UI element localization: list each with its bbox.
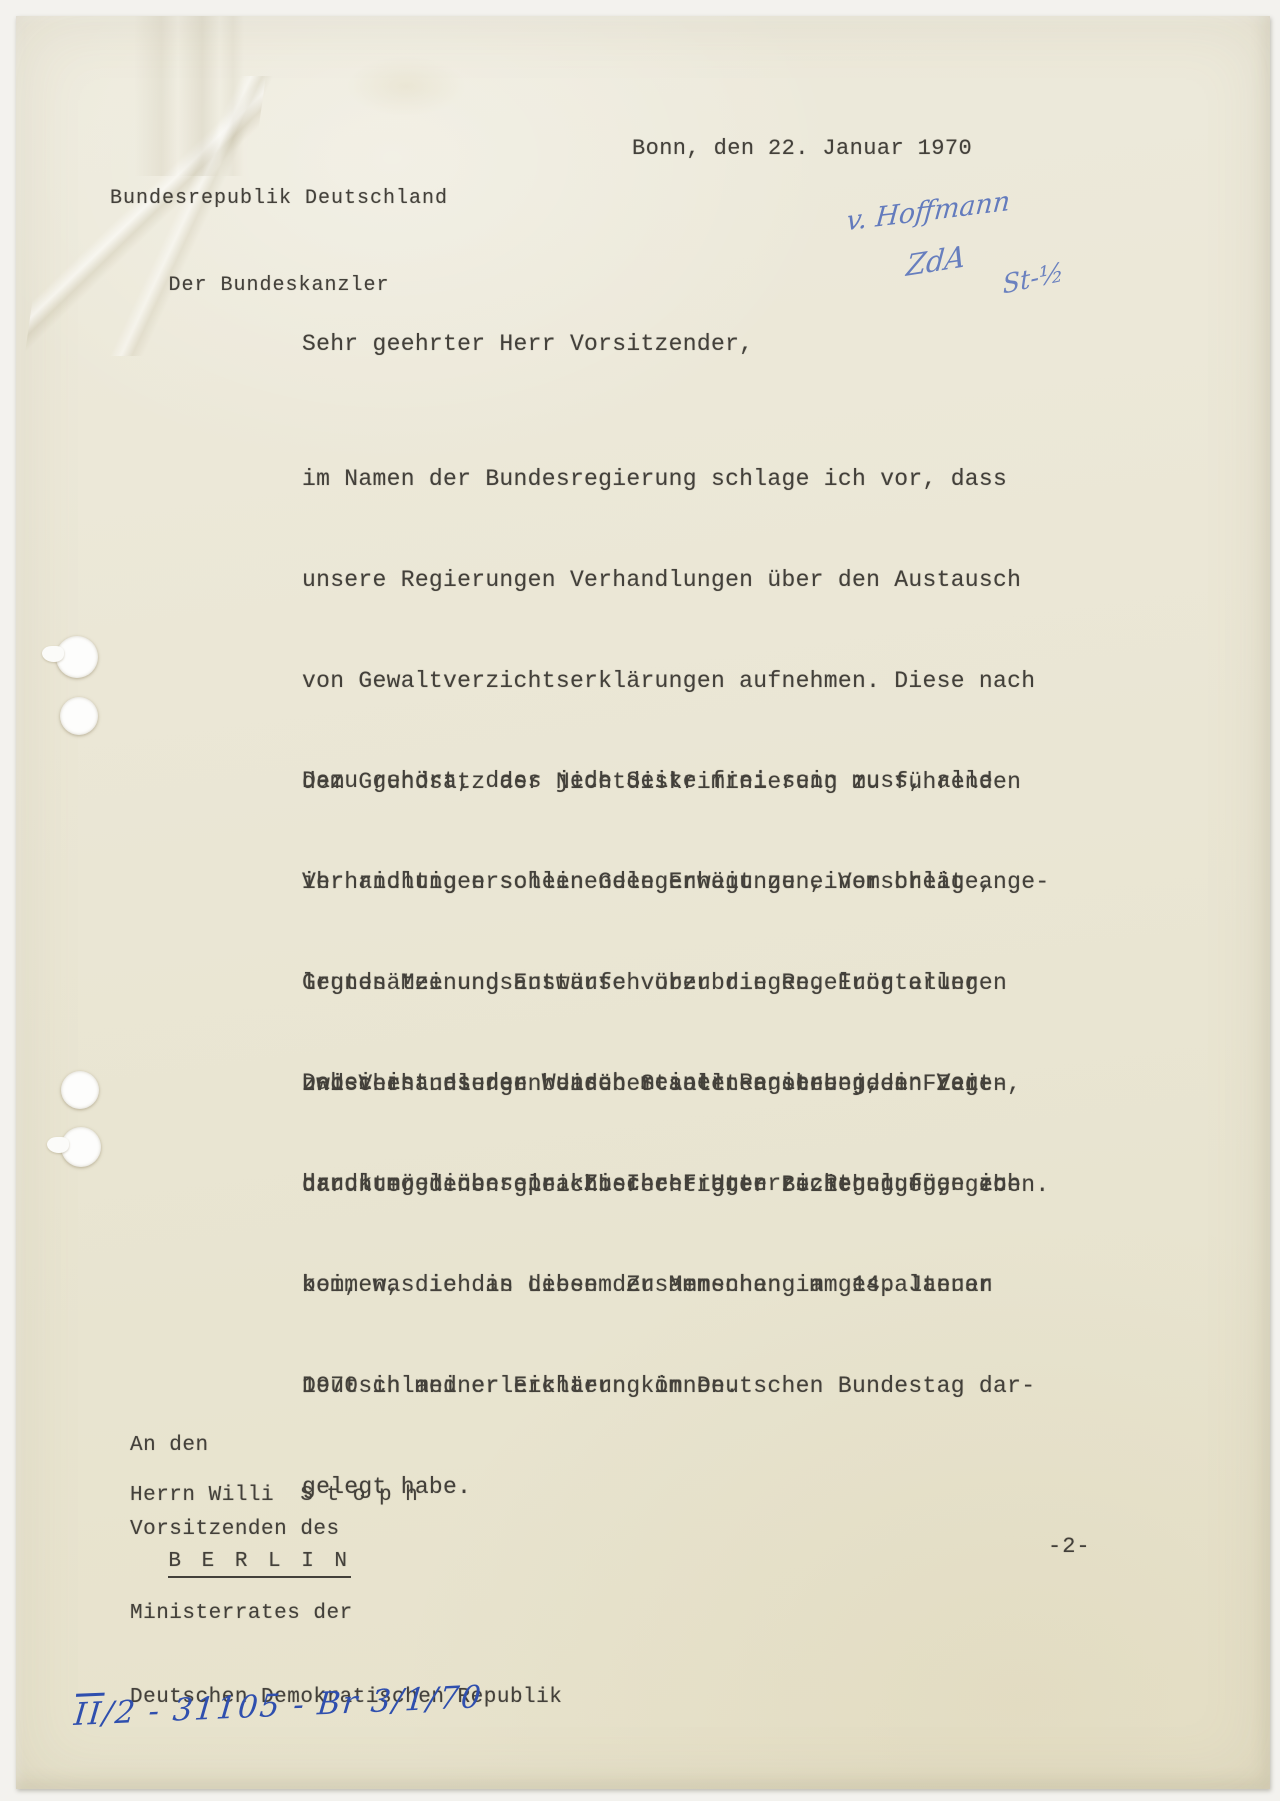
handwritten-note: ZdA <box>905 239 967 283</box>
paragraph-line: kommen, die das Leben der Menschen im ge… <box>302 1269 1007 1303</box>
paragraph-line: im Namen der Bundesregierung schlage ich… <box>302 463 1049 497</box>
paragraph-line: ihr richtig erscheinenden Erwägungen, Vo… <box>302 866 1035 900</box>
letterhead: Bundesrepublik Deutschland Der Bundeskan… <box>106 126 452 358</box>
punch-hole <box>61 1127 101 1167</box>
file-ref-roman-numeral: II <box>72 1696 104 1733</box>
paragraph-line: Dazu gehört, dass jede Seite frei sein m… <box>302 765 1035 799</box>
letterhead-line1: Bundesrepublik Deutschland <box>106 184 452 213</box>
recipient-line: Ministerrates der <box>130 1600 562 1628</box>
paper-stain <box>346 56 466 116</box>
handwritten-signature: v. Hoffmann <box>845 186 1011 238</box>
salutation: Sehr geehrter Herr Vorsitzender, <box>302 328 753 362</box>
recipient-name: Herrn Willi S t o p h <box>130 1484 418 1507</box>
paragraph-line: Dabei ist es der Wunsch meiner Regierung… <box>302 1067 1007 1101</box>
letter-page: Bundesrepublik Deutschland Der Bundeskan… <box>16 16 1270 1789</box>
recipient-line: An den <box>130 1432 562 1460</box>
scanned-letter: { "document": { "letterhead": { "line1":… <box>0 0 1280 1801</box>
page-marker: -2- <box>1048 1534 1091 1559</box>
punch-hole <box>61 1071 99 1109</box>
paragraph-line: Grundsätze und Entwürfe vorzubringen. Er… <box>302 967 1035 1001</box>
recipient-city-text: B E R L I N <box>168 1550 351 1578</box>
punch-hole <box>56 636 98 678</box>
letterhead-line2: Der Bundeskanzler <box>106 271 452 300</box>
punch-hole <box>60 697 98 735</box>
paragraph-line: von Gewaltverzichtserklärungen aufnehmen… <box>302 665 1049 699</box>
handwritten-ref-mark: St-½ <box>1002 257 1064 300</box>
dateline: Bonn, den 22. Januar 1970 <box>632 136 972 161</box>
recipient-city: B E R L I N <box>130 1532 351 1596</box>
paragraph-line: unsere Regierungen Verhandlungen über de… <box>302 564 1049 598</box>
paragraph-line: handlungen über praktische Fragen zu Reg… <box>302 1168 1007 1202</box>
